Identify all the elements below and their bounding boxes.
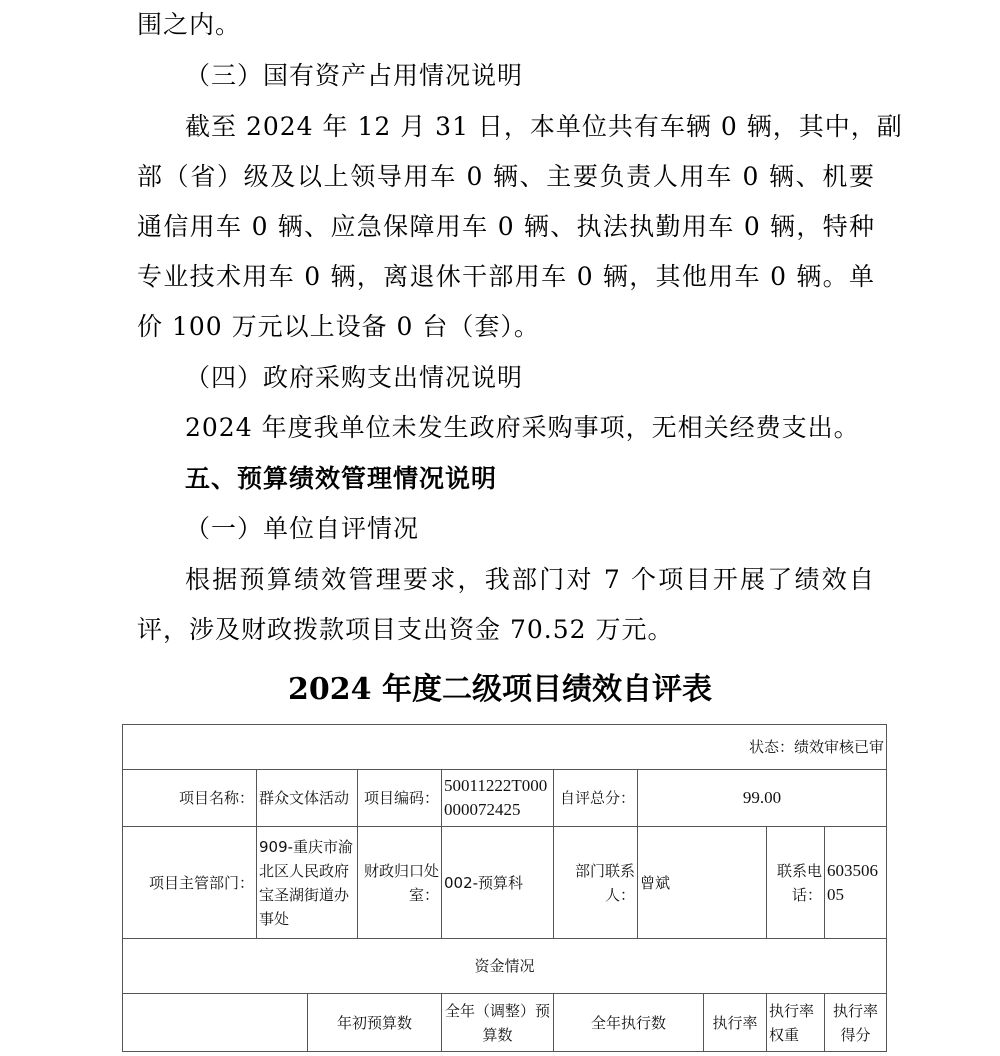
funds-header-rate-score: 执行率得分 [825,994,887,1052]
contact-label: 部门联系人： [554,827,638,939]
self-score-value: 99.00 [638,770,887,827]
paragraph-line: 部（省）级及以上领导用车 0 辆、主要负责人用车 0 辆、机要 [137,162,875,192]
section-heading-3: （三）国有资产占用情况说明 [185,61,523,91]
phone-label: 联系电话： [767,827,825,939]
contact-value: 曾斌 [638,827,767,939]
funds-header-initial-budget: 年初预算数 [308,994,442,1052]
funds-header-blank [123,994,308,1052]
subsection-heading: （一）单位自评情况 [185,514,419,544]
paragraph-line: 围之内。 [137,10,241,40]
paragraph-line: 价 100 万元以上设备 0 台（套）。 [137,312,540,342]
funds-header-rate-weight: 执行率权重 [767,994,825,1052]
paragraph-line: 根据预算绩效管理要求，我部门对 7 个项目开展了绩效自 [185,565,875,595]
self-score-label: 自评总分： [554,770,638,827]
status-cell: 状态：绩效审核已审 [123,725,887,770]
paragraph-line: 通信用车 0 辆、应急保障用车 0 辆、执法执勤用车 0 辆，特种 [137,212,875,242]
paragraph-line: 专业技术用车 0 辆，离退休干部用车 0 辆，其他用车 0 辆。单 [137,262,875,292]
status-text: 状态：绩效审核已审 [749,738,884,756]
funds-section-header: 资金情况 [123,939,887,994]
paragraph-line: 截至 2024 年 12 月 31 日，本单位共有车辆 0 辆，其中，副 [185,112,875,142]
project-name-label: 项目名称： [123,770,257,827]
paragraph-line: 2024 年度我单位未发生政府采购事项，无相关经费支出。 [185,413,860,443]
funds-header-executed: 全年执行数 [554,994,704,1052]
phone-value: 60350605 [825,827,887,939]
project-name-value: 群众文体活动 [257,770,358,827]
finance-office-label: 财政归口处室： [358,827,442,939]
dept-label: 项目主管部门： [123,827,257,939]
finance-office-value: 002-预算科 [442,827,554,939]
funds-header-adjusted-budget: 全年（调整）预算数 [442,994,554,1052]
dept-value: 909-重庆市渝北区人民政府宝圣湖街道办事处 [257,827,358,939]
funds-header-exec-rate: 执行率 [704,994,767,1052]
table-title: 2024 年度二级项目绩效自评表 [0,672,1000,708]
performance-evaluation-table: 状态：绩效审核已审 项目名称： 群众文体活动 项目编码： 50011222T00… [122,724,887,1052]
project-code-value: 50011222T000000072425 [442,770,554,827]
paragraph-line: 评，涉及财政拨款项目支出资金 70.52 万元。 [137,615,673,645]
section-heading-4: （四）政府采购支出情况说明 [185,363,523,393]
project-code-label: 项目编码： [358,770,442,827]
section-heading-5: 五、预算绩效管理情况说明 [185,464,497,494]
